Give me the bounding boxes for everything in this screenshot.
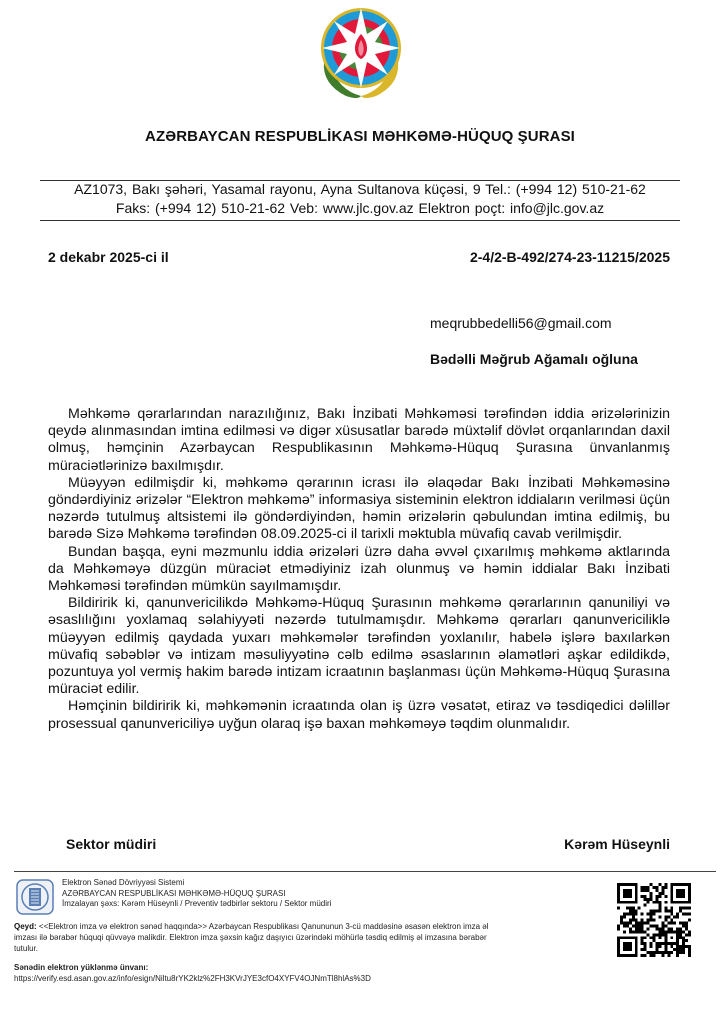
download-url[interactable]: https://verify.esd.asan.gov.az/info/esig… [14, 974, 371, 983]
footer-rule [14, 871, 716, 872]
address-line-2: Faks: (+994 12) 510-21-62 Veb: www.jlc.g… [40, 200, 680, 216]
signatory-title: Sektor müdiri [66, 836, 156, 852]
organization-title: AZƏRBAYCAN RESPUBLİKASI MƏHKƏMƏ-HÜQUQ ŞU… [0, 128, 720, 145]
header-rule-bottom [40, 220, 680, 221]
qr-code-icon[interactable] [617, 883, 691, 957]
note-text: <<Elektron imza və elektron sənəd haqqın… [14, 922, 489, 953]
paragraph: Həmçinin bildiririk ki, məhkəmənin icraa… [48, 698, 670, 732]
esign-organization: AZƏRBAYCAN RESPUBLİKASI MƏHKƏMƏ-HÜQUQ ŞU… [62, 889, 331, 900]
reference-number: 2-4/2-B-492/274-23-11215/2025 [470, 249, 670, 265]
signatory-name: Kərəm Hüseynli [564, 836, 670, 852]
esign-note: Qeyd: <<Elektron imza və elektron sənəd … [14, 922, 494, 954]
note-label: Qeyd: [14, 922, 37, 931]
download-url-label: Sənədin elektron yüklənmə ünvanı: [14, 963, 148, 972]
recipient-name: Bədəlli Məğrub Ağamalı oğluna [430, 351, 638, 367]
recipient-email: meqrubbedelli56@gmail.com [430, 315, 612, 331]
paragraph: Məhkəmə qərarlarından narazılığınız, Bak… [48, 406, 670, 475]
esign-signer: İmzalayan şəxs: Kərəm Hüseynli / Prevent… [62, 899, 331, 910]
electronic-document-icon [16, 879, 54, 915]
state-emblem-icon [318, 4, 404, 100]
esign-info: Elektron Sənəd Dövriyyəsi Sistemi AZƏRBA… [62, 878, 331, 910]
address-line-1: AZ1073, Bakı şəhəri, Yasamal rayonu, Ayn… [40, 181, 680, 197]
paragraph: Bundan başqa, eyni məzmunlu iddia ərizəl… [48, 544, 670, 596]
paragraph: Bildiririk ki, qanunvericilikdə Məhkəmə-… [48, 595, 670, 698]
letter-date: 2 dekabr 2025-ci il [48, 249, 169, 265]
esign-system: Elektron Sənəd Dövriyyəsi Sistemi [62, 878, 331, 889]
paragraph: Müəyyən edilmişdir ki, məhkəmə qərarının… [48, 475, 670, 544]
letter-body: Məhkəmə qərarlarından narazılığınız, Bak… [48, 406, 670, 733]
